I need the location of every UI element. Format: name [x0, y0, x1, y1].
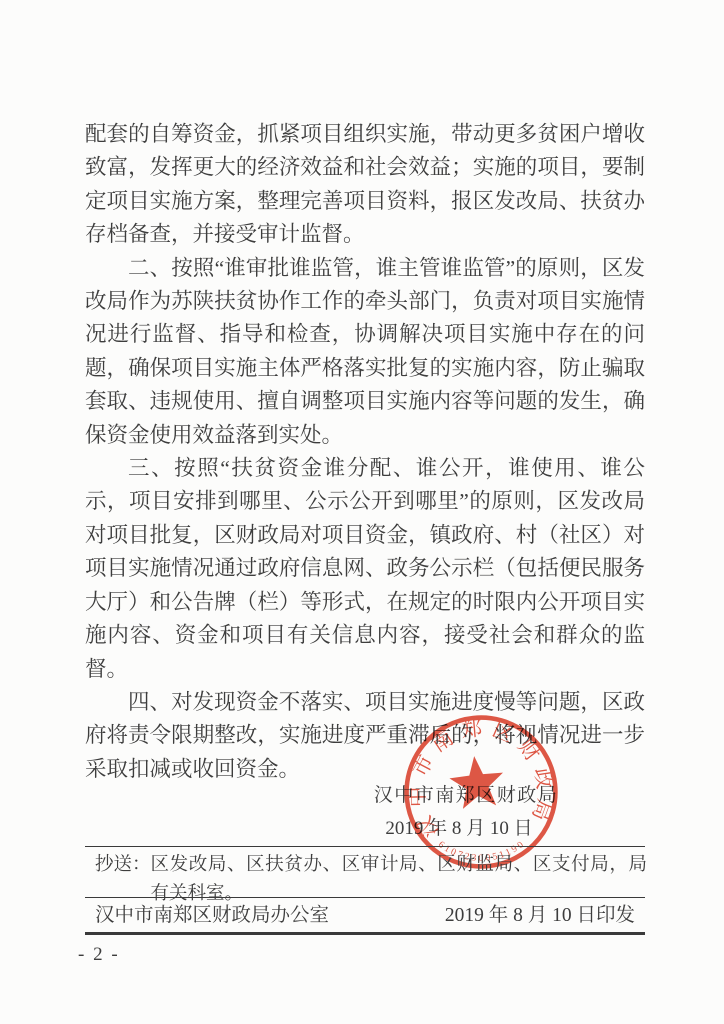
document-body: 配套的自筹资金，抓紧项目组织实施，带动更多贫困户增收致富，发挥更大的经济效益和社…: [85, 118, 645, 786]
document-page: 配套的自筹资金，抓紧项目组织实施，带动更多贫困户增收致富，发挥更大的经济效益和社…: [0, 0, 724, 1024]
print-date: 2019 年 8 月 10 日印发: [445, 903, 635, 929]
issuer-row: 汉中市南郑区财政局办公室 2019 年 8 月 10 日印发: [95, 903, 635, 929]
cc-divider: [85, 846, 645, 847]
bottom-divider: [85, 932, 645, 935]
star-icon: [447, 753, 506, 810]
issuer-office: 汉中市南郑区财政局办公室: [95, 903, 329, 929]
issuer-divider: [85, 897, 645, 898]
paragraph-item-4: 四、对发现资金不落实、项目实施进度慢等问题，区政府将责令限期整改，实施进度严重滞…: [85, 686, 645, 786]
page-number: - 2 -: [78, 944, 120, 966]
cc-row: 抄送： 区发改局、区扶贫办、区审计局、区财监局、区支付局，局有关科室。: [95, 851, 647, 909]
cc-label: 抄送：: [95, 851, 151, 909]
paragraph-item-3: 三、按照“扶贫资金谁分配、谁公开，谁使用、谁公示，项目安排到哪里、公示公开到哪里…: [85, 452, 645, 686]
paragraph-continuation: 配套的自筹资金，抓紧项目组织实施，带动更多贫困户增收致富，发挥更大的经济效益和社…: [85, 118, 645, 252]
cc-list: 区发改局、区扶贫办、区审计局、区财监局、区支付局，局有关科室。: [151, 851, 647, 909]
paragraph-item-2: 二、按照“谁审批谁监管，谁主管谁监管”的原则，区发改局作为苏陕扶贫协作工作的牵头…: [85, 252, 645, 452]
